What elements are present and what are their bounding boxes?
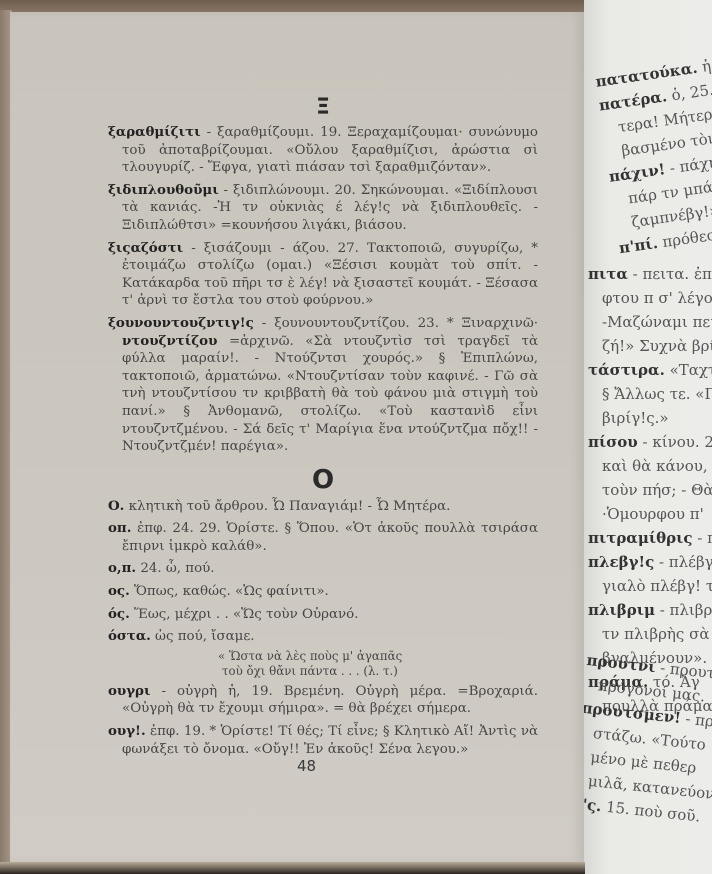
facing-line: § Ἄλλως τε. «Γ	[588, 382, 712, 406]
headword: ξιςαζόστι	[108, 240, 183, 256]
dictionary-entry: ος. Ὅπως, καθώς. «Ὡς φαίνιτι».	[108, 583, 538, 601]
facing-line: τν πλιβρὴς σὰ	[588, 622, 712, 646]
headword: ξαραθμίζιτι	[108, 124, 201, 140]
page-number: 48	[297, 757, 316, 775]
definition: =ἀρχινῶ. «Σὰ ντουζντὶσ τσὶ τραγδεῖ τὰ φύ…	[122, 334, 538, 455]
headword-variant: ντουζντίζου	[122, 333, 217, 349]
definition: Ἕως, μέχρι . . «Ὥς τοὺν Οὐρανό.	[130, 607, 359, 622]
facing-line: πιτα - πειτα. ἐπρ.	[588, 262, 712, 286]
headword: ουγ!.	[108, 723, 146, 739]
headword: ξουνουντουζντιγ!ς	[108, 315, 254, 331]
facing-line: πίσου - κίνου. 22	[588, 430, 712, 454]
dictionary-entry: ξαραθμίζιτι - ξαραθμίζουμι. 19. Ξεραχαμί…	[108, 124, 538, 177]
facing-line: γιαλὸ πλέβγ! τσ	[588, 574, 712, 598]
dictionary-page-content: Ξ ξαραθμίζιτι - ξαραθμίζουμι. 19. Ξεραχα…	[108, 96, 538, 763]
definition: - οὐγρὴ ἡ, 19. Βρεμένη. Οὐγρὴ μέρα. =Βρο…	[122, 684, 538, 717]
poem-line: « Ὥστα νὰ λὲς ποὺς μ' ἀγαπᾶς	[218, 649, 538, 664]
facing-line: τάστιρα. «Ταχτ	[588, 358, 712, 382]
facing-page-text-bottom: προυτνι - προυτν πρόγονοί μας. προυτσμεν…	[584, 648, 712, 842]
section-letter-heading: Ξ	[108, 96, 538, 120]
dictionary-entry: ο,π. 24. ὧ, πού.	[108, 560, 538, 578]
definition: ἐπφ. 24. 29. Ὁρίστε. § Ὅπου. «Ὁτ ἀκοῦς π…	[122, 521, 538, 554]
poem-quote: « Ὥστα νὰ λὲς ποὺς μ' ἀγαπᾶς τοὺ ὄχι θἄν…	[108, 649, 538, 679]
facing-line: φτου π σ' λέγου	[588, 286, 712, 310]
facing-line: πιτραμίθρις - πι	[588, 526, 712, 550]
book-page-right-fragment: πατατούκα. ἡ, 20. πατέρα. ὁ, 25. Κλ τερα…	[584, 0, 712, 874]
headword: Ο.	[108, 498, 124, 514]
headword: ός.	[108, 606, 130, 622]
dictionary-entry: Ο. κλητικὴ τοῦ ἄρθρου. Ὦ Παναγιάμ! - Ὦ Μ…	[108, 498, 538, 516]
headword: οπ.	[108, 520, 131, 536]
facing-line: ζή!» Συχνὰ βρίσ	[588, 334, 712, 358]
definition: - ξουνουντουζντίζου. 23. * Ξιναρχινῶ·	[254, 316, 538, 331]
facing-line: -Μαζώναμι πειτ	[588, 310, 712, 334]
headword: ος.	[108, 583, 130, 599]
background-surface-bottom	[0, 862, 585, 874]
poem-line: τοὺ ὄχι θἄνι πάντα . . . (λ. τ.)	[218, 664, 538, 679]
facing-line: καὶ θὰ κάνου, π	[588, 454, 712, 478]
definition: 24. ὧ, πού.	[136, 561, 215, 576]
definition: κλητικὴ τοῦ ἄρθρου. Ὦ Παναγιάμ! - Ὦ Μητέ…	[124, 499, 450, 514]
dictionary-entry: ουγρι - οὐγρὴ ἡ, 19. Βρεμένη. Οὐγρὴ μέρα…	[108, 683, 538, 718]
definition: ὡς πού, ἴσαμε.	[151, 629, 255, 644]
headword: ουγρι	[108, 683, 150, 699]
dictionary-entry: ουγ!. ἐπφ. 19. * Ὁρίστε! Τί θές; Τί εἶνε…	[108, 723, 538, 758]
facing-line: βιρίγ!ς.»	[588, 406, 712, 430]
facing-line: πλιβριμ - πλιβρή	[588, 598, 712, 622]
dictionary-entry: ξιδιπλουθοῦμι - ξιδιπλώνουμι. 20. Σηκώνο…	[108, 182, 538, 235]
facing-line: ·Ὁμουρφου π'	[588, 502, 712, 526]
dictionary-entry: όστα. ὡς πού, ἴσαμε.	[108, 628, 538, 646]
dictionary-entry: οπ. ἐπφ. 24. 29. Ὁρίστε. § Ὅπου. «Ὁτ ἀκο…	[108, 520, 538, 555]
headword: ο,π.	[108, 560, 136, 576]
facing-line: τοὺν πήσ; - Θὰ	[588, 478, 712, 502]
headword: ξιδιπλουθοῦμι	[108, 182, 219, 198]
dictionary-entry: ξιςαζόστι - ξισάζουμι - άζου. 27. Τακτοπ…	[108, 240, 538, 310]
dictionary-entry: ός. Ἕως, μέχρι . . «Ὥς τοὺν Οὐρανό.	[108, 606, 538, 624]
definition: ἐπφ. 19. * Ὁρίστε! Τί θές; Τί εἶνε; § Κλ…	[122, 724, 538, 757]
definition: Ὅπως, καθώς. «Ὡς φαίνιτι».	[130, 584, 329, 599]
dictionary-entry: ξουνουντουζντιγ!ς - ξουνουντουζντίζου. 2…	[108, 315, 538, 456]
facing-page-text-top: πατατούκα. ἡ, 20. πατέρα. ὁ, 25. Κλ τερα…	[594, 34, 712, 260]
section-letter-heading: Ο	[108, 468, 538, 492]
definition: - ξισάζουμι - άζου. 27. Τακτοποιῶ, συγυρ…	[122, 241, 538, 309]
facing-line: πλεβγ!ς - πλέβγο	[588, 550, 712, 574]
headword: όστα.	[108, 628, 151, 644]
